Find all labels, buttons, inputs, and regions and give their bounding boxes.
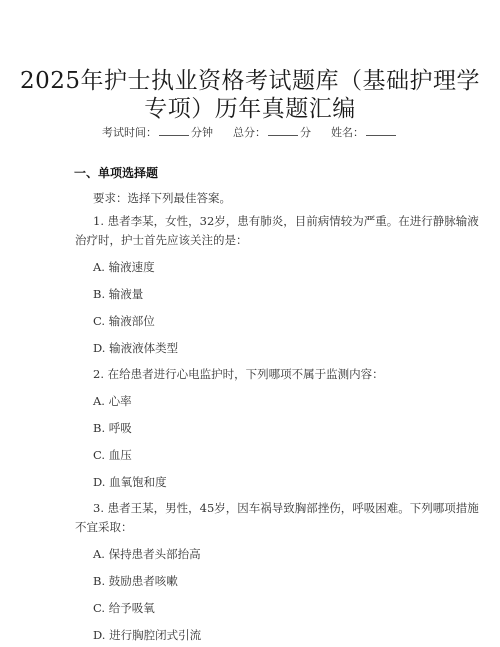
- score-unit: 分: [300, 124, 311, 140]
- time-blank: [159, 125, 189, 136]
- score-blank: [268, 125, 298, 136]
- question-1-line2: 治疗时，护士首先应该关注的是：: [75, 232, 248, 248]
- exam-info: 考试时间：分钟总分：分姓名：: [0, 124, 500, 140]
- time-unit: 分钟: [191, 124, 213, 140]
- question-3-line1: 3. 患者王某，男性，45岁，因车祸导致胸部挫伤，呼吸困难。下列哪项措施: [93, 500, 479, 516]
- option-2d: D. 血氧饱和度: [93, 474, 167, 490]
- option-1d: D. 输液液体类型: [93, 340, 178, 356]
- option-1c: C. 输液部位: [93, 313, 155, 329]
- document-title-line2: 专项）历年真题汇编: [0, 90, 500, 123]
- option-1a: A. 输液速度: [93, 259, 155, 275]
- instruction: 要求：选择下列最佳答案。: [93, 190, 231, 206]
- document-page: 2025年护士执业资格考试题库（基础护理学 专项）历年真题汇编 考试时间：分钟总…: [0, 0, 500, 647]
- section-title: 一、单项选择题: [74, 164, 158, 181]
- score-label: 总分：: [233, 124, 266, 140]
- option-3b: B. 鼓励患者咳嗽: [93, 573, 178, 589]
- option-2a: A. 心率: [93, 393, 132, 409]
- name-label: 姓名：: [331, 124, 364, 140]
- question-2-line1: 2. 在给患者进行心电监护时，下列哪项不属于监测内容：: [93, 366, 384, 382]
- name-blank: [366, 125, 396, 136]
- option-3a: A. 保持患者头部抬高: [93, 546, 201, 562]
- option-2c: C. 血压: [93, 447, 132, 463]
- time-label: 考试时间：: [102, 124, 157, 140]
- question-1-line1: 1. 患者李某，女性，32岁，患有肺炎，目前病情较为严重。在进行静脉输液: [93, 213, 479, 229]
- option-3c: C. 给予吸氧: [93, 600, 155, 616]
- option-3d: D. 进行胸腔闭式引流: [93, 627, 201, 643]
- question-3-line2: 不宜采取：: [75, 519, 133, 535]
- option-2b: B. 呼吸: [93, 420, 132, 436]
- option-1b: B. 输液量: [93, 286, 143, 302]
